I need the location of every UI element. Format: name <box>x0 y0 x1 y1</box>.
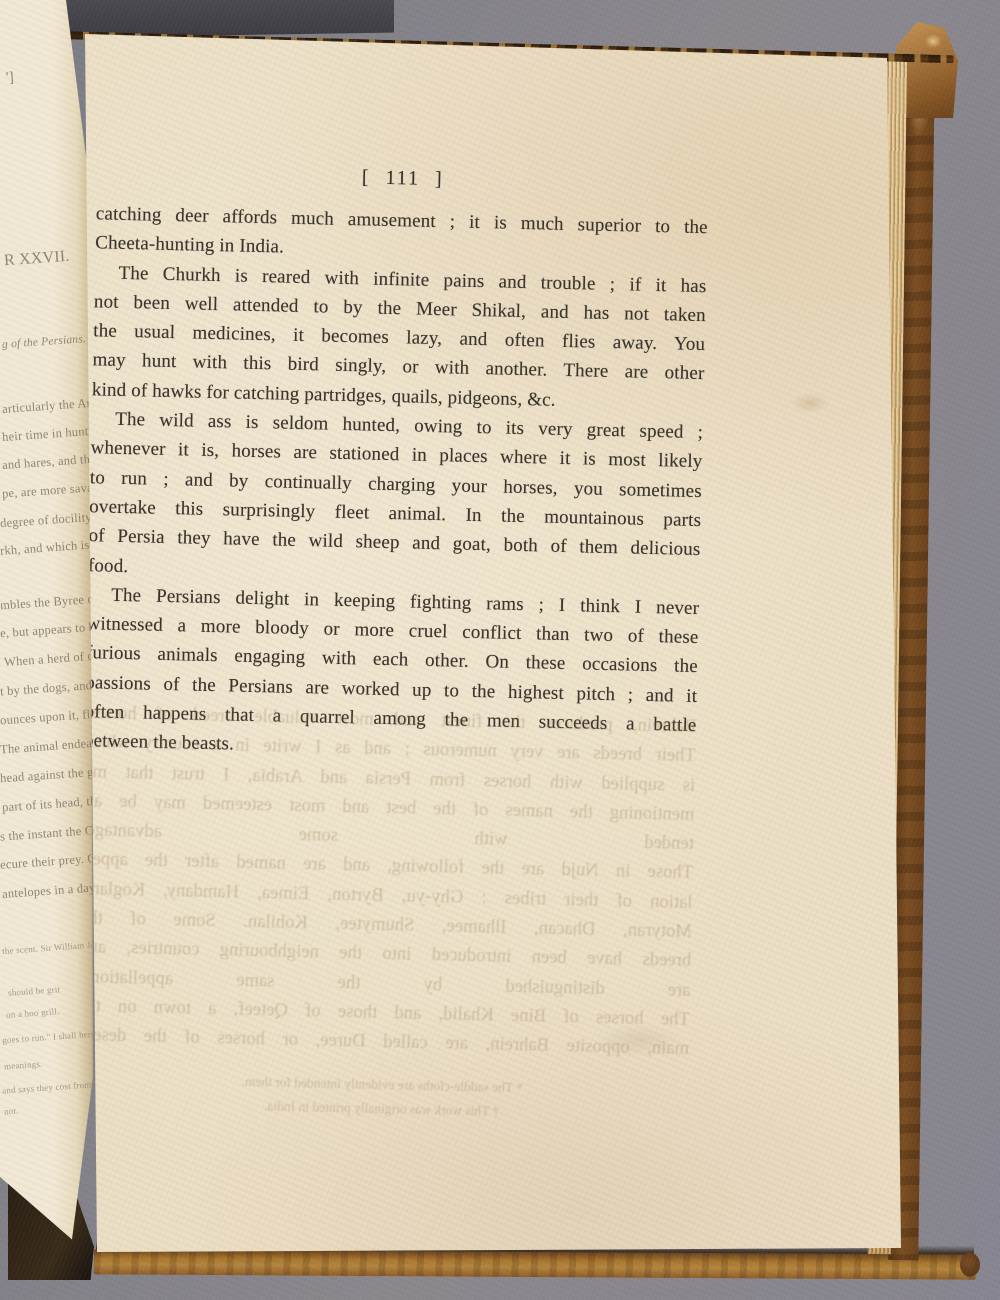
previous-page-fragment: meanings. <box>4 1059 43 1072</box>
show-through-text: Bahrein, produces the finest and most va… <box>76 698 697 1127</box>
page-text-layer: [ 111 ] catching deer affords much amuse… <box>58 34 885 1266</box>
book-page: [ 111 ] catching deer affords much amuse… <box>0 0 1000 1300</box>
previous-page-fragment: goes to run." I shall here <box>2 1029 96 1045</box>
previous-page-fragment: and says they cost from one <box>2 1078 108 1095</box>
book-cover-bottom-edge <box>94 1249 976 1279</box>
previous-page-fragment: g of the Persians. <box>2 333 87 351</box>
previous-page-fragment: R XXVII. <box>3 248 70 271</box>
previous-page-fragment: on a hoo grill. <box>6 1006 60 1020</box>
page-number-header: [ 111 ] <box>97 160 709 197</box>
previous-page-fragment: should be grit <box>8 984 61 998</box>
previous-page-fragment: '] <box>5 70 14 88</box>
page-text: catching deer affords much amusement ; i… <box>84 199 708 769</box>
previous-page-edge: ']R XXVII.g of the Persians.articularly … <box>0 0 96 1252</box>
previous-page-fragment: not. <box>4 1106 19 1117</box>
book-photo: ']R XXVII.g of the Persians.articularly … <box>0 0 1000 1300</box>
previous-page-fragment: ecure their prey. One <box>0 850 109 873</box>
